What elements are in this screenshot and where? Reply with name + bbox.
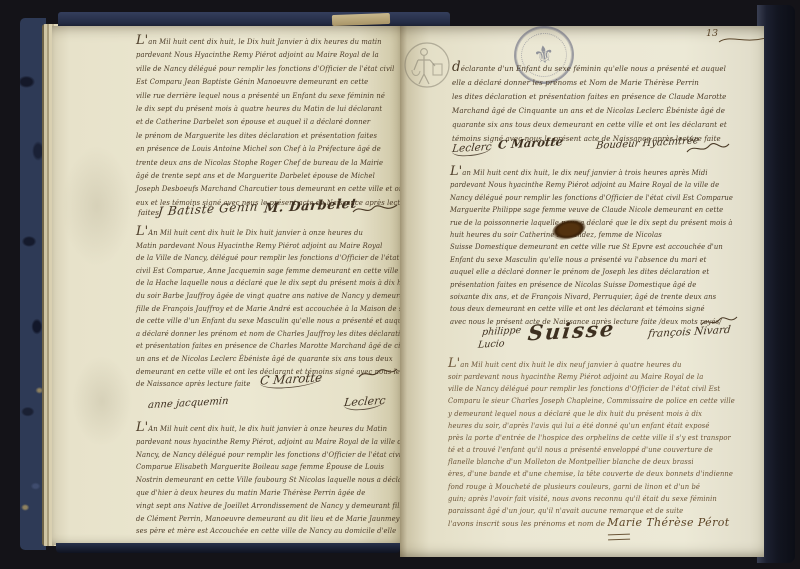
left-page: L'an Mil huit cent dix huit, le Dix huit…: [52, 26, 400, 545]
manuscript-line: Marguerite Philippe sage femme veuve de …: [450, 204, 733, 216]
manuscript-line: Marchand âgé de Cinquante un ans et de N…: [452, 104, 727, 118]
adjoint-paraph-icon: [686, 140, 730, 158]
manuscript-line: un ans et de Nicolas Leclerc Ébéniste âg…: [136, 353, 400, 366]
manuscript-line: tous deux demeurant en cette ville et on…: [450, 303, 733, 315]
manuscript-line: heures du soir, d'après l'avis qui lui a…: [448, 420, 735, 432]
manuscript-line: du soir Barbe Jauffroy âgée de vingt qua…: [136, 290, 400, 303]
manuscript-line: près la porte d'entrée de l'hospice des …: [448, 432, 735, 444]
manuscript-line: pardevant nous hyacinthe Remy Piérot, ad…: [136, 436, 400, 449]
birth-act-fernandez: L'an Mil huit cent dix huit, le dix neuf…: [450, 166, 742, 328]
ink-showthrough-smudge: [62, 146, 132, 266]
manuscript-line: Comparue Elisabeth Marguerite Boileau sa…: [136, 461, 400, 474]
manuscript-line: en présence de Louis Antoine Michel son …: [136, 143, 400, 156]
signature-philippe: philippe: [481, 325, 521, 338]
manuscript-line: trente deux ans de Nicolas Stophe Roger …: [136, 157, 400, 170]
manuscript-line: de cette ville d'un Enfant du sexe Mascu…: [136, 315, 400, 328]
manuscript-line: vingt sept ans Native de Joeillet Arrond…: [136, 500, 400, 513]
right-page: ⚜ 13 déclarante d'un Enfant du sexe fémi…: [400, 26, 764, 557]
manuscript-line: fille de François Jauffroy et de Marie A…: [136, 303, 400, 316]
photo-background: L'an Mil huit cent dix huit, le Dix huit…: [0, 0, 800, 569]
manuscript-line: le prénom de Marguerite les dites déclar…: [136, 130, 400, 143]
manuscript-line: soixante dix ans, et de François Nivard,…: [450, 291, 733, 303]
manuscript-line: âgé de trente sept ans et de Marguerite …: [136, 170, 400, 183]
manuscript-line: auquel elle a déclaré donner le prénom d…: [450, 266, 733, 278]
manuscript-line: ses père et mère est Accouchée en cette …: [136, 525, 400, 538]
figure-watermark-icon: [402, 40, 452, 92]
signature-leclerc: Leclerc: [343, 394, 386, 411]
manuscript-line: ères, d'une bande et d'une chemise, la t…: [448, 468, 735, 480]
manuscript-line: ville de Nancy délégué pour remplir les …: [136, 63, 400, 76]
foundling-last-line: l'avons inscrit sous les prénoms et nom …: [448, 516, 730, 529]
manuscript-line: le dix sept du présent mois à quatre heu…: [136, 103, 400, 116]
end-flourish: [608, 534, 630, 541]
manuscript-line: Nancy, de Nancy délégué pour remplir les…: [136, 449, 400, 462]
manuscript-line: et présentation faites en présence de Ch…: [136, 340, 400, 353]
manuscript-line: rue de la poissonnerie laquelle nous a d…: [450, 217, 733, 229]
manuscript-line: Enfant du sexe Masculin qu'elle nous a p…: [450, 254, 733, 266]
manuscript-line: L'an Mil huit cent dix huit, le Dix huit…: [136, 34, 400, 49]
signature-suisse: Suisse: [527, 316, 617, 346]
manuscript-line: elle a déclaré donner les prénoms et Nom…: [452, 76, 727, 90]
adjoint-paraph-icon: [358, 366, 398, 382]
foundling-act: L'an Mil huit cent dix huit le dix neuf …: [448, 358, 744, 517]
page-number-flourish-icon: [718, 33, 764, 47]
manuscript-line: L'An Mil huit cent dix huit, le dix huit…: [136, 422, 400, 436]
adjoint-paraph-icon: [700, 314, 738, 330]
manuscript-line: pardevant Nous hyacinthe Remy Piérot adj…: [450, 179, 733, 191]
manuscript-line: déclarante d'un Enfant du sexe féminin q…: [452, 60, 727, 76]
manuscript-line: L'an Mil huit cent dix huit, le dix neuf…: [450, 166, 733, 179]
manuscript-line: présentation faites en présence de Nicol…: [450, 279, 733, 291]
manuscript-line: et de Catherine Darbelet son épouse et a…: [136, 116, 400, 129]
ink-showthrough-smudge: [72, 356, 132, 446]
manuscript-line: huit heures du soir Catherine Fernandez,…: [450, 229, 733, 241]
foundling-child-name: Marie Thérèse Pérot: [607, 516, 729, 529]
book-cover-bottom-edge: [56, 543, 400, 553]
manuscript-line: ville rue derrière lequel nous a présent…: [136, 90, 400, 103]
manuscript-line: Nancy délégué pour remplir les fonctions…: [450, 192, 733, 204]
birth-act-perrin: L'An Mil huit cent dix huit, le dix huit…: [136, 422, 400, 538]
manuscript-line: Nostrin demeurant en cette Ville faubour…: [136, 474, 400, 487]
signature-philippe-line2: Lucio: [477, 338, 505, 350]
birth-act-perrin-continuation: déclarante d'un Enfant du sexe féminin q…: [452, 60, 735, 146]
manuscript-line: que d'hier à deux heures du matin Marie …: [136, 487, 400, 500]
manuscript-line: de la Hache laquelle nous a déclaré que …: [136, 277, 400, 290]
manuscript-line: Joseph Desboeufs Marchand Charcutier tou…: [136, 183, 400, 196]
manuscript-line: Suisse Domestique demeurant en cette vil…: [450, 241, 733, 253]
manuscript-line: civil Est Comparue, Anne Jacquemin sage …: [136, 265, 400, 278]
manuscript-line: y demeurant lequel nous a déclaré que le…: [448, 408, 735, 420]
manuscript-line: L'An Mil huit cent dix huit le Dix huit …: [136, 226, 400, 240]
adjoint-paraph-icon: [352, 202, 398, 218]
manuscript-line: L'an Mil huit cent dix huit le dix neuf …: [448, 358, 735, 371]
manuscript-line: ville de Nancy délégué pour remplir les …: [448, 383, 735, 395]
signature-marotte: C Marotte: [497, 134, 563, 151]
manuscript-line: Matin pardevant Nous Hyacinthe Remy Piér…: [136, 240, 400, 253]
manuscript-line: flanelle blanche d'un Molleton de Montpe…: [448, 456, 735, 468]
signature-leclerc: Leclerc: [451, 141, 492, 157]
manuscript-line: les dites déclaration et présentation fa…: [452, 90, 727, 104]
manuscript-line: de la Ville de Nancy, délégué pour rempl…: [136, 252, 400, 265]
closing-word: faites: [138, 208, 159, 217]
manuscript-line: de Clément Perrin, Manoeuvre demeurant a…: [136, 513, 400, 526]
manuscript-line: quarante six ans tous deux demeurant en …: [452, 118, 727, 132]
foundling-line-prefix: l'avons inscrit sous les prénoms et nom …: [448, 519, 607, 528]
manuscript-line: té et a trouvé l'enfant qu'il nous a pré…: [448, 444, 735, 456]
manuscript-line: guin; après l'avoir fait visité, nous av…: [448, 493, 735, 505]
signature-jacquemin: anne jacquemin: [147, 396, 229, 411]
manuscript-line: a déclaré donner les prénom et nom de Ch…: [136, 328, 400, 341]
manuscript-line: fond rouge à Moucheté de plusieurs coule…: [448, 481, 735, 493]
birth-act-genin: L'an Mil huit cent dix huit, le Dix huit…: [136, 34, 400, 210]
torn-paper-chip: [332, 13, 390, 26]
manuscript-line: Comparu le sieur Charles Joseph Chaplein…: [448, 395, 735, 407]
manuscript-line: pardevant Nous Hyacinthe Remy Piérot adj…: [136, 49, 400, 62]
manuscript-line: soir pardevant nous hyacinthe Remy Piéro…: [448, 371, 735, 383]
manuscript-line: Est Comparu Jean Baptiste Génin Manoeuvr…: [136, 76, 400, 89]
page-number: 13: [706, 28, 718, 39]
